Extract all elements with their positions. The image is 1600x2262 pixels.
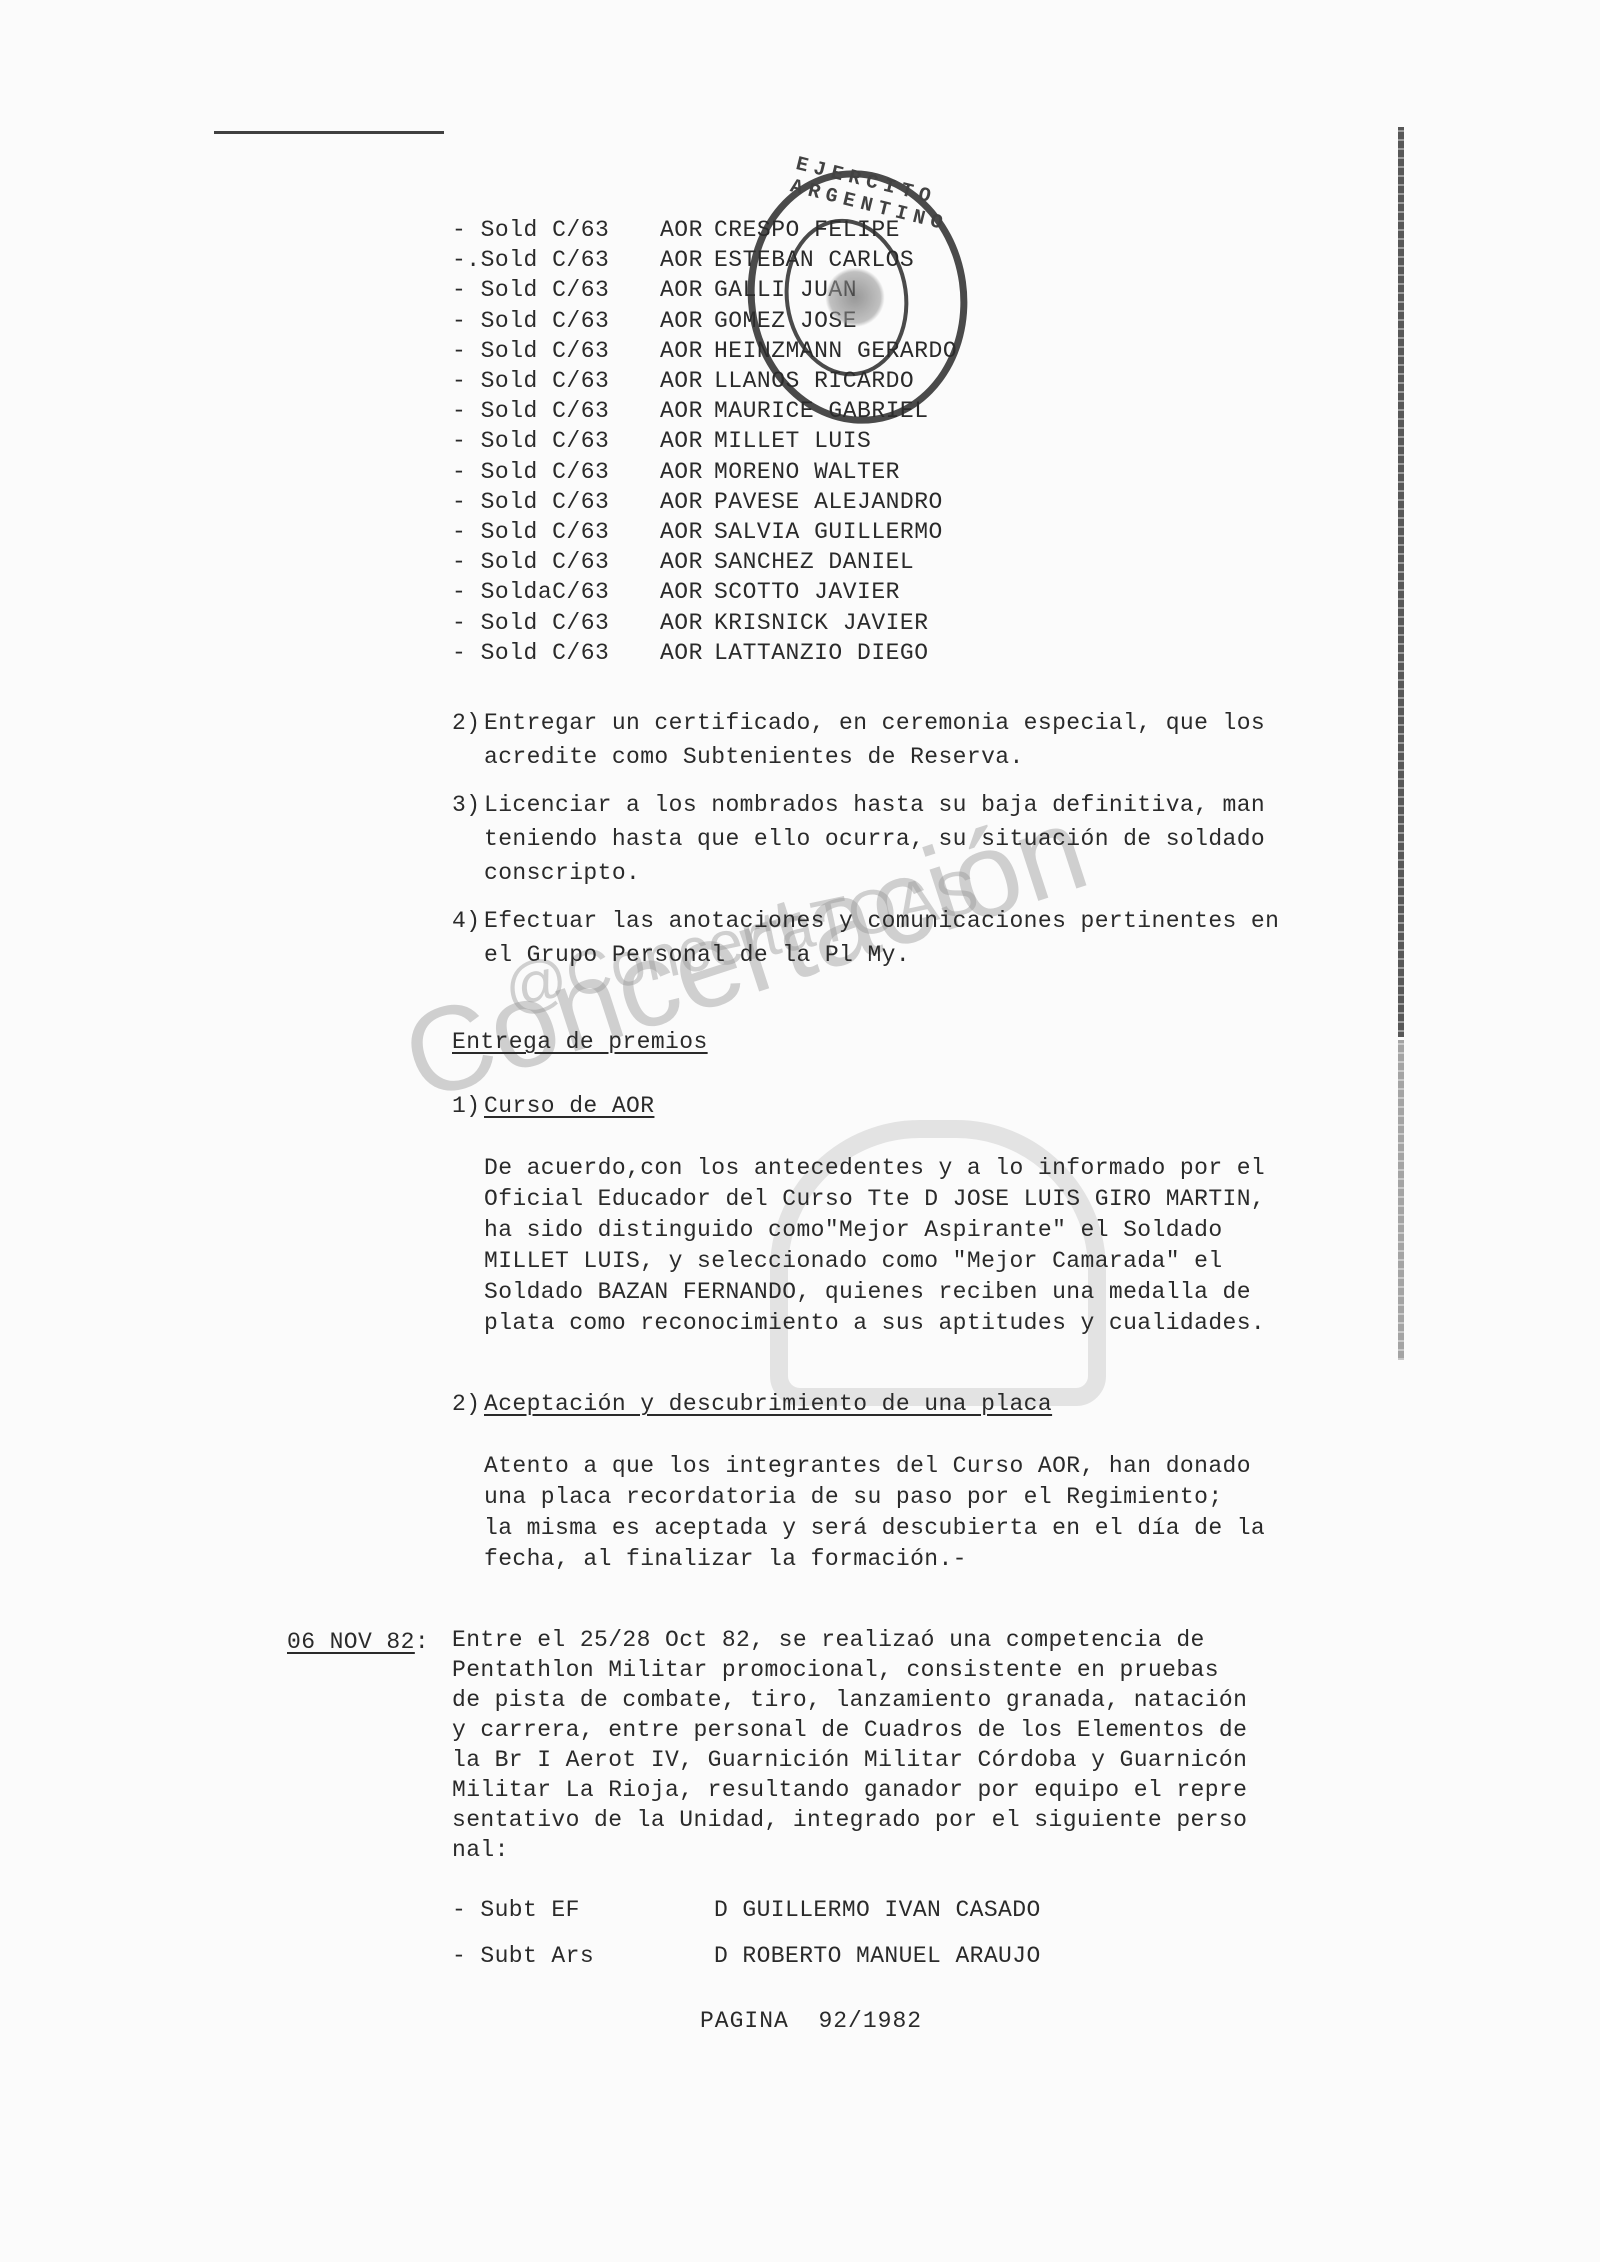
scan-edge-mark-lower bbox=[1398, 1040, 1404, 1360]
soldier-name: PAVESE ALEJANDRO bbox=[714, 489, 943, 515]
soldier-rank: - Sold C/63 bbox=[452, 519, 660, 545]
soldier-course: AOR bbox=[660, 398, 714, 424]
soldier-name: MILLET LUIS bbox=[714, 428, 871, 454]
entry-body: Entre el 25/28 Oct 82, se realizaó una c… bbox=[452, 1625, 1247, 1865]
soldier-course: AOR bbox=[660, 277, 714, 303]
soldier-course: AOR bbox=[660, 459, 714, 485]
item-4: 4) Efectuar las anotaciones y comunicaci… bbox=[452, 904, 1279, 972]
soldier-course: AOR bbox=[660, 368, 714, 394]
page-label: PAGINA bbox=[700, 2008, 789, 2034]
soldier-course: AOR bbox=[660, 247, 714, 273]
soldier-rank: - Sold C/63 bbox=[452, 338, 660, 364]
team-list: - Subt EF D GUILLERMO IVAN CASADO - Subt… bbox=[452, 1893, 1041, 1985]
soldier-name: LATTANZIO DIEGO bbox=[714, 640, 929, 666]
team-name: D ROBERTO MANUEL ARAUJO bbox=[714, 1939, 1041, 1985]
team-name: D GUILLERMO IVAN CASADO bbox=[714, 1893, 1041, 1939]
soldier-name: SALVIA GUILLERMO bbox=[714, 519, 943, 545]
scan-edge-mark bbox=[1398, 127, 1404, 1037]
roster-row: - Sold C/63AORSANCHEZ DANIEL bbox=[452, 547, 957, 577]
roster-row: - Sold C/63AORKRISNICK JAVIER bbox=[452, 607, 957, 637]
soldier-rank: - Sold C/63 bbox=[452, 308, 660, 334]
soldier-name: SCOTTO JAVIER bbox=[714, 579, 900, 605]
soldier-course: AOR bbox=[660, 579, 714, 605]
document-page: @ConcertaTOAS Concertación - Sold C/63AO… bbox=[0, 0, 1600, 2262]
team-rank: - Subt EF bbox=[452, 1893, 714, 1939]
soldier-rank: - Sold C/63 bbox=[452, 368, 660, 394]
entry-date: 06 NOV 82 bbox=[287, 1629, 415, 1655]
soldier-course: AOR bbox=[660, 489, 714, 515]
soldier-course: AOR bbox=[660, 428, 714, 454]
top-rule bbox=[214, 131, 444, 134]
soldier-rank: - Sold C/63 bbox=[452, 640, 660, 666]
item-3: 3) Licenciar a los nombrados hasta su ba… bbox=[452, 788, 1279, 890]
award-2-title-row: 2) Aceptación y descubrimiento de una pl… bbox=[452, 1387, 1265, 1421]
awards-section: Entrega de premios 1) Curso de AOR De ac… bbox=[452, 1025, 1265, 1575]
roster-row: - Sold C/63AORPAVESE ALEJANDRO bbox=[452, 487, 957, 517]
soldier-course: AOR bbox=[660, 338, 714, 364]
page-value: 92/1982 bbox=[818, 2008, 922, 2034]
page-number: PAGINA 92/1982 bbox=[700, 2008, 922, 2034]
roster-row: - Sold C/63AORLATTANZIO DIEGO bbox=[452, 638, 957, 668]
soldier-name: KRISNICK JAVIER bbox=[714, 610, 929, 636]
soldier-course: AOR bbox=[660, 217, 714, 243]
item-text: Efectuar las anotaciones y comunicacione… bbox=[484, 904, 1279, 972]
dated-entry: 06 NOV 82: Entre el 25/28 Oct 82, se rea… bbox=[287, 1625, 1247, 1865]
soldier-rank: - Sold C/63 bbox=[452, 277, 660, 303]
team-row: - Subt EF D GUILLERMO IVAN CASADO bbox=[452, 1893, 1041, 1939]
awards-heading: Entrega de premios bbox=[452, 1025, 1265, 1059]
soldier-name: MORENO WALTER bbox=[714, 459, 900, 485]
roster-row: - Sold C/63AORMILLET LUIS bbox=[452, 426, 957, 456]
soldier-rank: - Sold C/63 bbox=[452, 610, 660, 636]
soldier-rank: - Sold C/63 bbox=[452, 549, 660, 575]
soldier-rank: -.Sold C/63 bbox=[452, 247, 660, 273]
soldier-rank: - Sold C/63 bbox=[452, 489, 660, 515]
resolution-items: 2) Entregar un certificado, en ceremonia… bbox=[452, 706, 1279, 972]
soldier-course: AOR bbox=[660, 610, 714, 636]
stamp-ring-text: EJERCITO ARGENTINO bbox=[788, 153, 956, 237]
soldier-rank: - Sold C/63 bbox=[452, 459, 660, 485]
award-1-body: De acuerdo,con los antecedentes y a lo i… bbox=[484, 1153, 1265, 1339]
soldier-course: AOR bbox=[660, 519, 714, 545]
soldier-name: SANCHEZ DANIEL bbox=[714, 549, 914, 575]
award-title: Curso de AOR bbox=[484, 1089, 654, 1123]
award-number: 2) bbox=[452, 1387, 484, 1421]
roster-row: - Sold C/63AORSALVIA GUILLERMO bbox=[452, 517, 957, 547]
award-number: 1) bbox=[452, 1089, 484, 1123]
item-number: 4) bbox=[452, 904, 484, 972]
roster-row: - SoldaC/63AORSCOTTO JAVIER bbox=[452, 577, 957, 607]
item-2: 2) Entregar un certificado, en ceremonia… bbox=[452, 706, 1279, 774]
soldier-course: AOR bbox=[660, 549, 714, 575]
item-number: 3) bbox=[452, 788, 484, 890]
soldier-course: AOR bbox=[660, 640, 714, 666]
soldier-rank: - Sold C/63 bbox=[452, 398, 660, 424]
soldier-rank: - Sold C/63 bbox=[452, 428, 660, 454]
award-title: Aceptación y descubrimiento de una placa bbox=[484, 1387, 1052, 1421]
entry-date-colon: : bbox=[415, 1629, 429, 1655]
soldier-rank: - Sold C/63 bbox=[452, 217, 660, 243]
item-number: 2) bbox=[452, 706, 484, 774]
team-rank: - Subt Ars bbox=[452, 1939, 714, 1985]
soldier-course: AOR bbox=[660, 308, 714, 334]
item-text: Licenciar a los nombrados hasta su baja … bbox=[484, 788, 1265, 890]
roster-row: - Sold C/63AORMORENO WALTER bbox=[452, 457, 957, 487]
team-row: - Subt Ars D ROBERTO MANUEL ARAUJO bbox=[452, 1939, 1041, 1985]
award-2-body: Atento a que los integrantes del Curso A… bbox=[484, 1451, 1265, 1575]
soldier-rank: - SoldaC/63 bbox=[452, 579, 660, 605]
item-text: Entregar un certificado, en ceremonia es… bbox=[484, 706, 1265, 774]
award-1-title-row: 1) Curso de AOR bbox=[452, 1089, 1265, 1123]
